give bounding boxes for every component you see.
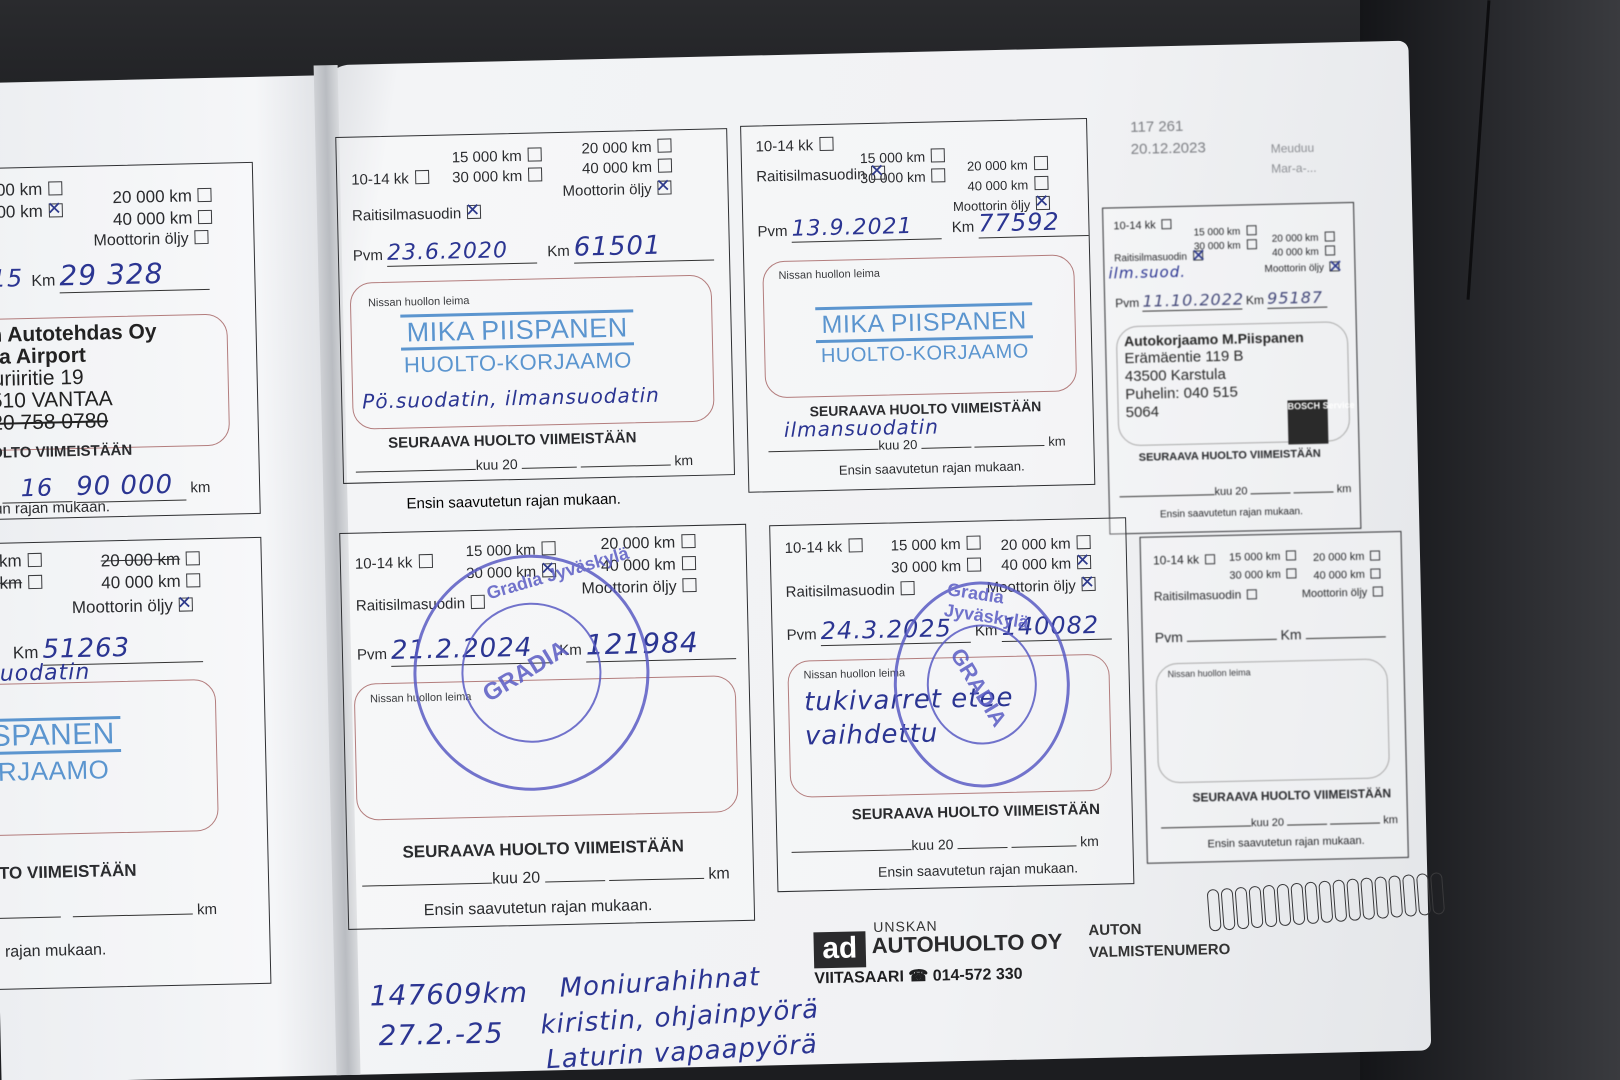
checkbox-interval[interactable] xyxy=(415,170,429,184)
year-line[interactable] xyxy=(957,847,1007,849)
next-service-title: LTO VIIMEISTÄÄN xyxy=(0,861,137,884)
checkbox-cabin-filter[interactable] xyxy=(1247,589,1257,599)
first-reached-text: Ensin saavutetun rajan mukaan. xyxy=(1207,835,1364,851)
checkbox-20000[interactable] xyxy=(1034,156,1048,170)
km-20000-label: 20 000 km xyxy=(1272,233,1319,245)
year-line[interactable] xyxy=(1251,492,1291,494)
vin-char-box[interactable] xyxy=(1332,879,1347,922)
vin-char-box[interactable] xyxy=(1388,875,1403,918)
service-booklet: 5 000 km 20 000 km 0 000 km 40 000 km Mo… xyxy=(0,41,1431,1080)
km-line[interactable] xyxy=(1330,823,1380,825)
km-line xyxy=(73,913,193,917)
year-line[interactable] xyxy=(545,880,605,882)
next-service-title: SEURAAVA HUOLTO VIIMEISTÄÄN xyxy=(852,801,1101,824)
km-label: Km xyxy=(31,272,55,290)
first-reached-text: Ensin saavutetun rajan mukaan. xyxy=(839,458,1025,477)
dealer-stamp-vantaa: en Autotehdas Oy rita Airport Kuriiritie… xyxy=(0,321,159,435)
km-unit: km xyxy=(190,479,210,496)
km-40000-label: 40 000 km xyxy=(113,208,193,229)
km-label: Km xyxy=(1246,293,1264,307)
checkbox-20000[interactable] xyxy=(1370,550,1380,560)
cabin-filter-label: Raitisilmasuodin xyxy=(1154,588,1242,604)
vin-char-box[interactable] xyxy=(1235,887,1250,930)
km-unit: km xyxy=(1337,483,1352,495)
interval-label: 10-14 kk xyxy=(755,137,813,155)
checkbox-interval[interactable] xyxy=(1162,219,1172,229)
checkbox-interval[interactable] xyxy=(1205,554,1215,564)
checkbox-40000[interactable] xyxy=(682,556,696,570)
km-unit: km xyxy=(197,901,217,918)
checkbox-cabin-filter[interactable] xyxy=(901,581,915,595)
next-service-title: UOLTO VIIMEISTÄÄN xyxy=(0,442,132,462)
service-entry-3: 10-14 kk 15 000 km 20 000 km 30 000 km 4… xyxy=(1102,202,1361,535)
km-20000-label: 20 000 km xyxy=(1313,551,1365,564)
checkbox-interval[interactable] xyxy=(819,137,833,151)
km-30000-label: 30 000 km xyxy=(891,558,961,577)
vin-char-box[interactable] xyxy=(1221,888,1236,931)
km-20000-label: 20 000 km xyxy=(101,550,181,571)
km-40000-label: 40 000 km xyxy=(1313,569,1365,582)
stamp-label: Nissan huollon leima xyxy=(803,667,905,681)
km-30000-label: 0 km xyxy=(0,573,22,593)
stamp-label: Nissan huollon leima xyxy=(778,268,880,282)
km-20000-label: 20 000 km xyxy=(1000,535,1070,554)
checkbox-interval[interactable] xyxy=(418,554,432,568)
km-30000-label: 0 000 km xyxy=(0,202,43,223)
km-20000-label: 20 000 km xyxy=(581,139,651,158)
checkbox-40000[interactable] xyxy=(198,210,212,224)
year-line[interactable] xyxy=(1287,824,1327,826)
handwritten-date[interactable]: 23.6.2020 xyxy=(387,237,538,266)
interval-label: 10-14 kk xyxy=(355,554,413,572)
checkbox-40000-checked[interactable] xyxy=(1077,555,1091,569)
month-year-label: kuu 20 xyxy=(1214,485,1247,498)
vin-char-box[interactable] xyxy=(1318,880,1333,923)
km-line[interactable] xyxy=(1011,845,1076,847)
km-40000-label: 40 000 km xyxy=(967,177,1028,193)
dealer-footer: ad UNSKAN AUTOHUOLTO OY VIITASAARI ☎ 014… xyxy=(813,918,1075,994)
vin-char-box[interactable] xyxy=(1402,874,1417,917)
mika-piispanen-stamp: MIKA PIISPANEN HUOLTO-KORJAAMO xyxy=(400,309,634,378)
first-reached-text: Ensin saavutetun rajan mukaan. xyxy=(1160,506,1303,520)
interval-label: 10-14 kk xyxy=(1113,219,1155,232)
engine-oil-label: Moottorin öljy xyxy=(1264,263,1324,275)
engine-oil-label: Moottorin öljy xyxy=(562,181,652,200)
checkbox-engine-oil-checked[interactable] xyxy=(1082,577,1096,591)
km-unit: km xyxy=(1080,833,1099,849)
first-reached-text: Ensin saavutetun rajan mukaan. xyxy=(424,897,653,920)
km-30000-label: 30 000 km xyxy=(452,168,522,187)
month-year-label: kuu 20 xyxy=(1251,817,1284,830)
mika-piispanen-stamp: MIKA PIISPANEN HUOLTO-KORJAAMO xyxy=(815,302,1034,368)
checkbox-15000[interactable] xyxy=(528,147,542,161)
km-label: Km xyxy=(547,243,570,261)
dealer-name-line2: AUTOHUOLTO OY xyxy=(871,929,1062,959)
km-unit: km xyxy=(674,452,693,468)
bottom-handwritten-date: 27.2.-25 xyxy=(378,1016,504,1052)
handwritten-km[interactable]: 77592 xyxy=(978,207,1089,238)
interval-label: 10-14 kk xyxy=(784,539,842,557)
km-40000-label: 40 000 km xyxy=(101,572,181,593)
next-service-title: SEURAAVA HUOLTO VIIMEISTÄÄN xyxy=(1139,448,1321,464)
vin-char-box[interactable] xyxy=(1276,884,1291,927)
month-line[interactable] xyxy=(362,883,492,887)
vin-char-box[interactable] xyxy=(1430,872,1445,915)
handwritten-date: 015 xyxy=(0,264,23,293)
next-service-title: SEURAAVA HUOLTO VIIMEISTÄÄN xyxy=(402,836,684,862)
km-40000-label: 40 000 km xyxy=(1001,555,1071,574)
checkbox-20000[interactable] xyxy=(198,188,212,202)
km-label: Km xyxy=(1280,626,1301,642)
checkbox-15000[interactable] xyxy=(931,148,945,162)
handwritten-date[interactable]: 13.9.2021 xyxy=(791,213,942,242)
checkbox-engine-oil[interactable] xyxy=(1373,586,1383,596)
km-line[interactable] xyxy=(609,878,704,881)
km-20000-label: 20 000 km xyxy=(112,186,192,207)
checkbox-15000[interactable] xyxy=(27,553,41,567)
checkbox-cabin-filter-checked[interactable] xyxy=(467,205,481,219)
service-entry-6-empty: 10-14 kk 15 000 km 20 000 km 30 000 km 4… xyxy=(1140,531,1409,864)
vin-char-box[interactable] xyxy=(1360,877,1375,920)
checkbox-40000[interactable] xyxy=(658,158,672,172)
checkbox-cabin-filter-checked[interactable] xyxy=(871,166,885,180)
service-entry-4: 10-14 kk 15 000 km 20 000 km 30 000 km 4… xyxy=(339,524,755,930)
interval-label: 10-14 kk xyxy=(351,170,409,188)
autokorjaamo-stamp: Autokorjaamo M.Piispanen Erämäentie 119 … xyxy=(1124,328,1306,422)
cabin-filter-label: Raitisilmasuodin xyxy=(756,166,866,185)
checkbox-40000[interactable] xyxy=(1034,176,1048,190)
month-line[interactable] xyxy=(768,449,878,452)
checkbox-30000[interactable] xyxy=(528,167,542,181)
year-line[interactable] xyxy=(522,467,577,469)
stamp-label: Nissan huollon leima xyxy=(1168,667,1251,679)
service-entry-5: 10-14 kk 15 000 km 20 000 km 30 000 km 4… xyxy=(769,517,1134,892)
year-line xyxy=(0,916,61,919)
km-15000-label: 15 000 km xyxy=(1229,551,1281,564)
date-label: Pvm xyxy=(1115,296,1139,311)
km-unit: km xyxy=(1383,814,1398,826)
month-year-label: kuu 20 xyxy=(911,836,953,853)
km-15000-label: 15 000 km xyxy=(452,148,522,167)
next-service-title: SEURAAVA HUOLTO VIIMEISTÄÄN xyxy=(388,429,637,452)
checkbox-engine-oil-checked[interactable] xyxy=(179,597,193,611)
checkbox-40000[interactable] xyxy=(1325,245,1335,255)
km-label: Km xyxy=(952,219,975,237)
checkbox-20000[interactable] xyxy=(681,534,695,548)
vin-char-box[interactable] xyxy=(1374,876,1389,919)
date-label: Pvm xyxy=(757,223,787,241)
bosch-service-badge: BOSCH Service xyxy=(1287,400,1328,445)
month-line[interactable] xyxy=(792,849,912,853)
year-line[interactable] xyxy=(921,447,971,449)
left-service-card-top: 5 000 km 20 000 km 0 000 km 40 000 km Mo… xyxy=(0,162,261,521)
km-30000-label: 30 000 km xyxy=(1229,569,1281,582)
stamp-label: Nissan huollon leima xyxy=(368,295,470,309)
checkbox-15000[interactable] xyxy=(48,181,62,195)
date-field[interactable] xyxy=(1187,639,1277,642)
vin-char-box[interactable] xyxy=(1304,881,1319,924)
month-line[interactable] xyxy=(1161,825,1251,828)
date-label: Pvm xyxy=(786,626,816,644)
service-entry-2: 10-14 kk 15 000 km 20 000 km 30 000 km 4… xyxy=(740,118,1095,493)
checkbox-engine-oil[interactable] xyxy=(682,578,696,592)
checkbox-20000[interactable] xyxy=(1077,535,1091,549)
checkbox-20000[interactable] xyxy=(1324,231,1334,241)
checkbox-interval[interactable] xyxy=(848,538,862,552)
km-15000-label: 5 000 km xyxy=(0,180,42,201)
month-line[interactable] xyxy=(1120,494,1215,497)
checkbox-15000[interactable] xyxy=(542,541,556,555)
checkbox-30000[interactable] xyxy=(967,557,981,571)
month-year-label: kuu 20 xyxy=(492,870,540,888)
km-unit: km xyxy=(1048,434,1066,449)
km-unit: km xyxy=(708,865,730,882)
mika-piispanen-stamp: SPANEN RJAAMO xyxy=(0,716,122,788)
bottom-handwritten-km: 147609km xyxy=(369,976,528,1013)
checkbox-engine-oil-checked[interactable] xyxy=(658,180,672,194)
checkbox-20000[interactable] xyxy=(657,138,671,152)
month-year-label: kuu 20 xyxy=(476,456,518,473)
next-service-title: SEURAAVA HUOLTO VIIMEISTÄÄN xyxy=(1192,786,1391,805)
checkbox-40000[interactable] xyxy=(1371,568,1381,578)
engine-oil-label: Moottorin öljy xyxy=(72,596,174,617)
km-label: Km xyxy=(13,643,39,663)
vin-char-box[interactable] xyxy=(1416,873,1431,916)
checkbox-15000[interactable] xyxy=(1286,550,1296,560)
cabin-filter-label: Raitisilmasuodin xyxy=(352,205,462,224)
checkbox-30000[interactable] xyxy=(931,168,945,182)
checkbox-30000[interactable] xyxy=(28,575,42,589)
pencil-notes-right: Meuduu Mar-a-... xyxy=(1271,138,1317,179)
checkbox-20000[interactable] xyxy=(186,551,200,565)
km-20000-label: 20 000 km xyxy=(967,157,1028,173)
handwritten-km: 29 328 xyxy=(59,256,210,293)
first-reached-text: etun rajan mukaan. xyxy=(0,498,110,518)
checkbox-40000[interactable] xyxy=(186,573,200,587)
handwritten-note: ilm.suod. xyxy=(1108,263,1186,283)
km-line[interactable] xyxy=(581,465,671,468)
km-field[interactable] xyxy=(1306,636,1386,639)
checkbox-cabin-filter-checked[interactable] xyxy=(1193,250,1203,260)
handwritten-km[interactable]: 61501 xyxy=(573,229,714,263)
checkbox-engine-oil-checked[interactable] xyxy=(1330,261,1340,271)
checkbox-engine-oil[interactable] xyxy=(194,230,208,244)
dealer-address: VIITASAARI ☎ 014-572 330 xyxy=(814,964,1023,989)
date-label: Pvm xyxy=(1155,629,1183,646)
first-reached-text: n rajan mukaan. xyxy=(0,941,107,962)
first-reached-text: Ensin saavutetun rajan mukaan. xyxy=(878,859,1078,880)
vin-char-box[interactable] xyxy=(1262,885,1277,928)
vin-char-box[interactable] xyxy=(1207,889,1222,932)
date-label: Pvm xyxy=(353,247,383,265)
vin-char-box[interactable] xyxy=(1346,878,1361,921)
vin-char-box[interactable] xyxy=(1248,886,1263,929)
km-line[interactable] xyxy=(975,445,1045,448)
left-service-card-bottom: 0 km 20 000 km 0 km 40 000 km Moottorin … xyxy=(0,537,271,991)
km-line[interactable] xyxy=(1294,491,1334,493)
date-label: Pvm xyxy=(357,646,387,664)
checkbox-15000[interactable] xyxy=(966,535,980,549)
pencil-notes: 117 261 20.12.2023 xyxy=(1130,115,1206,161)
month-line[interactable] xyxy=(356,469,476,473)
km-15000-label: 15 000 km xyxy=(1194,227,1241,239)
km-40000-label: 40 000 km xyxy=(582,159,652,178)
service-entry-1: 10-14 kk 15 000 km 20 000 km 30 000 km 4… xyxy=(335,128,735,484)
checkbox-30000-checked[interactable] xyxy=(49,203,63,217)
checkbox-15000[interactable] xyxy=(1246,225,1256,235)
engine-oil-label: Moottorin öljy xyxy=(1302,587,1368,600)
km-40000-label: 40 000 km xyxy=(1272,247,1319,259)
handwritten-date[interactable]: 11.10.2022 xyxy=(1142,289,1242,311)
cabin-filter-label: Raitisilmasuodin xyxy=(785,581,895,600)
interval-label: 10-14 kk xyxy=(1153,553,1199,568)
checkbox-30000[interactable] xyxy=(1246,239,1256,249)
checkbox-30000[interactable] xyxy=(1287,568,1297,578)
handwritten-km[interactable]: 95187 xyxy=(1267,288,1327,309)
month-year-label: kuu 20 xyxy=(878,437,917,453)
engine-oil-label: Moottorin öljy xyxy=(93,230,189,249)
vin-char-box[interactable] xyxy=(1290,883,1305,926)
km-15000-label: 15 000 km xyxy=(890,536,960,555)
ad-logo: ad xyxy=(813,931,866,968)
km-15000-label: 0 km xyxy=(0,551,22,571)
